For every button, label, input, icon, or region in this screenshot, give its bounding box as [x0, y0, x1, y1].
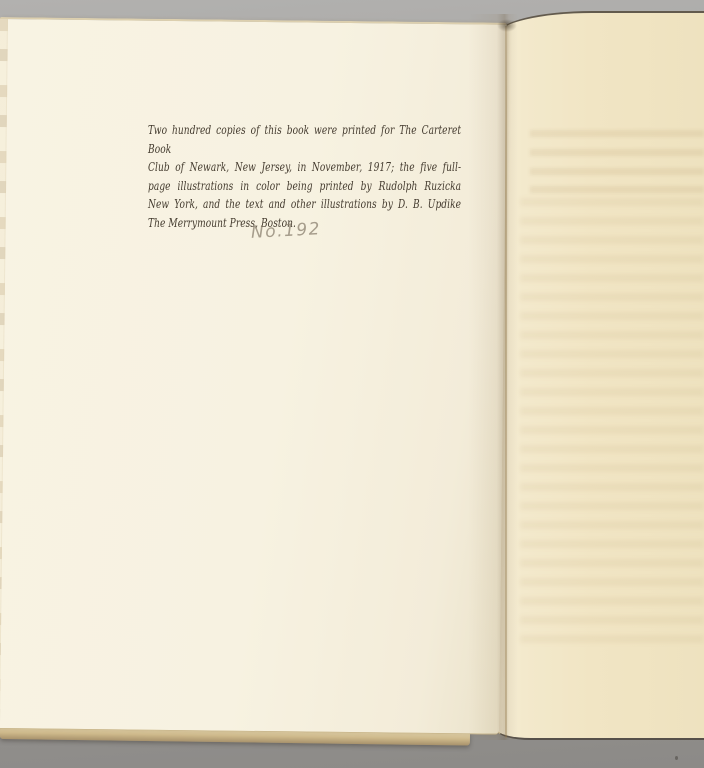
- colophon: Two hundred copies of this book were pri…: [148, 121, 461, 233]
- show-through-texture: [520, 198, 704, 643]
- colophon-line: page illustrations in color being printe…: [148, 177, 461, 196]
- colophon-line: Two hundred copies of this book were pri…: [148, 121, 461, 158]
- colophon-line: New York, and the text and other illustr…: [148, 195, 461, 214]
- deckle-edge: [0, 19, 8, 728]
- colophon-line: Club of Newark, New Jersey, in November,…: [148, 158, 461, 177]
- show-through-band: [530, 168, 704, 175]
- show-through-band: [530, 130, 704, 137]
- pencil-inscription: No.192: [251, 219, 322, 243]
- show-through-band: [530, 149, 704, 156]
- show-through-band: [530, 186, 704, 193]
- book-photograph: Two hundred copies of this book were pri…: [0, 0, 704, 768]
- right-page: [497, 11, 704, 740]
- dust-speck: [675, 756, 678, 760]
